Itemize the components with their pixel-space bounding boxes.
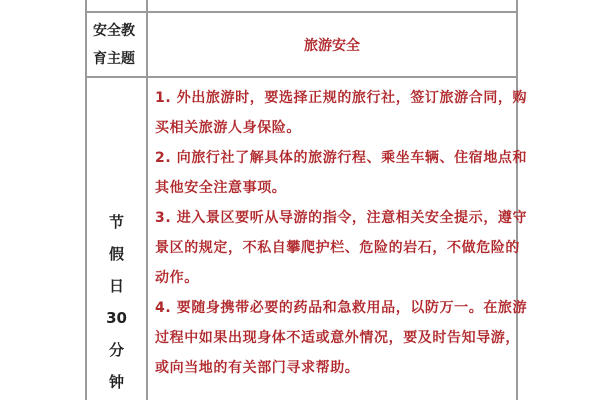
side-label-char: 日 <box>109 270 124 302</box>
header-title: 国庆节（1） <box>148 0 516 11</box>
content-line: 过程中如果出现身体不适或意外情况，要及时告知导游， <box>155 323 527 353</box>
side-label-char: 节 <box>109 206 124 238</box>
side-label-char: 30 <box>106 302 127 334</box>
topic-row: 安全教 育主题 旅游安全 <box>87 13 516 78</box>
side-label-char: 钟 <box>109 366 124 398</box>
side-label: 节 假 日 30 分 钟 <box>87 78 148 400</box>
content-line: 1. 外出旅游时，要选择正规的旅行社，签订旅游合同，购 <box>155 83 527 113</box>
topic-label-line-2: 育主题 <box>93 45 135 73</box>
side-label-char: 假 <box>109 238 124 270</box>
content-line: 动作。 <box>155 263 527 293</box>
lesson-table: 国庆节（1） 安全教 育主题 旅游安全 节 假 日 30 分 钟 1. 外出旅游… <box>85 0 518 400</box>
content-line: 3. 进入景区要听从导游的指令，注意相关安全提示，遵守 <box>155 203 527 233</box>
content-line: 景区的规定，不私自攀爬护栏、危险的岩石，不做危险的 <box>155 233 527 263</box>
content-line: 其他安全注意事项。 <box>155 173 527 203</box>
header-left-cell <box>87 0 148 11</box>
document-page: 国庆节（1） 安全教 育主题 旅游安全 节 假 日 30 分 钟 1. 外出旅游… <box>0 0 600 400</box>
topic-value: 旅游安全 <box>148 13 516 76</box>
topic-label-line-1: 安全教 <box>93 17 135 45</box>
content-line: 买相关旅游人身保险。 <box>155 113 527 143</box>
topic-label: 安全教 育主题 <box>87 13 148 76</box>
header-row: 国庆节（1） <box>87 0 516 13</box>
content-text: 1. 外出旅游时，要选择正规的旅行社，签订旅游合同，购 买相关旅游人身保险。 2… <box>148 78 533 400</box>
content-line: 4. 要随身携带必要的药品和急救用品，以防万一。在旅游 <box>155 293 527 323</box>
content-line: 或向当地的有关部门寻求帮助。 <box>155 353 527 383</box>
side-label-char: 分 <box>109 334 124 366</box>
content-row: 节 假 日 30 分 钟 1. 外出旅游时，要选择正规的旅行社，签订旅游合同，购… <box>87 78 516 400</box>
content-line: 2. 向旅行社了解具体的旅游行程、乘坐车辆、住宿地点和 <box>155 143 527 173</box>
